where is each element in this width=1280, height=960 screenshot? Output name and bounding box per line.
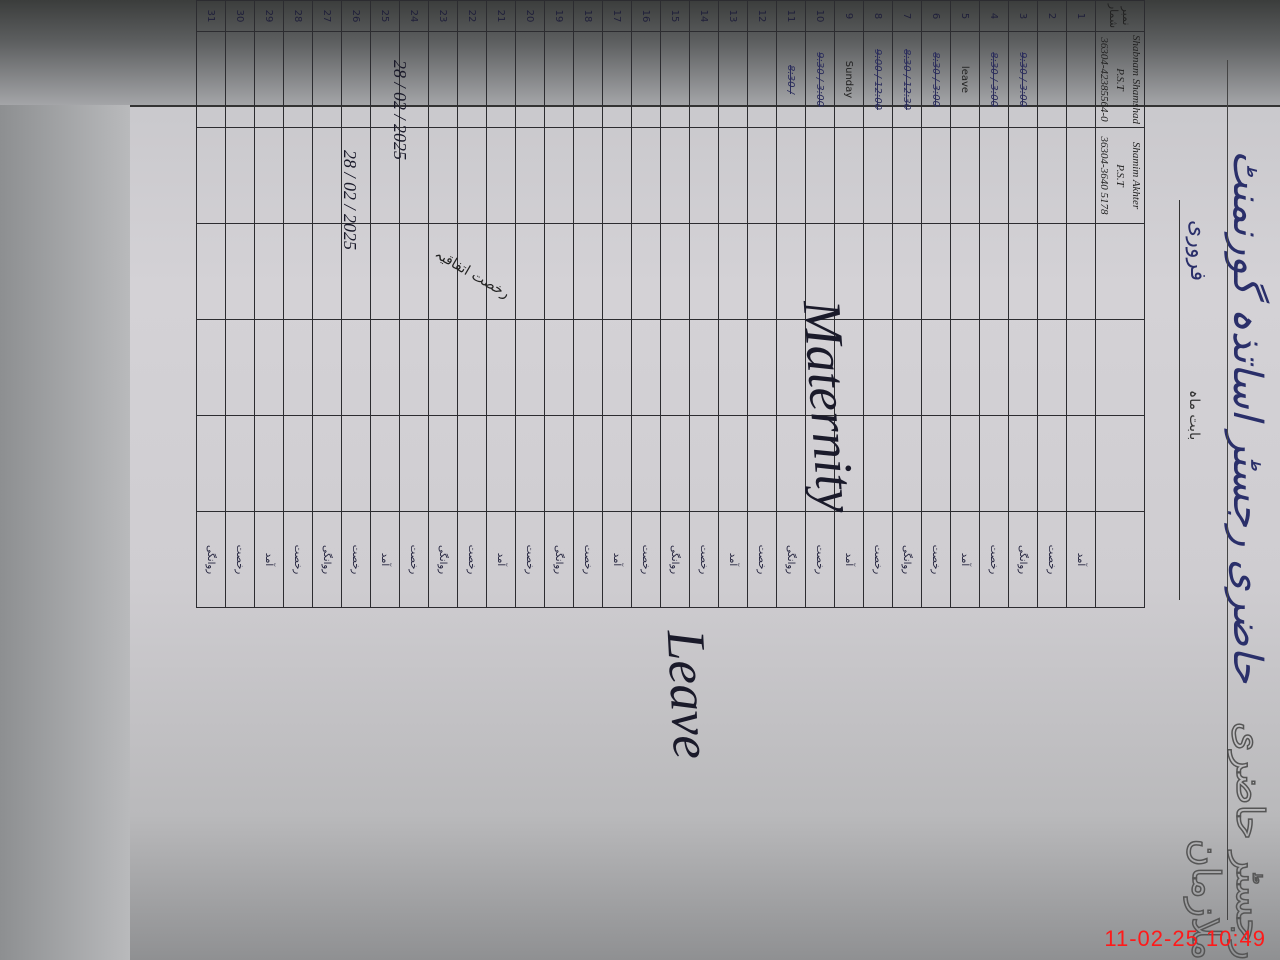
attendance-cell bbox=[864, 128, 893, 224]
attendance-cell bbox=[951, 224, 980, 320]
attendance-cell bbox=[458, 416, 487, 512]
attendance-cell bbox=[429, 128, 458, 224]
attendance-cell bbox=[197, 32, 226, 128]
attendance-cell bbox=[371, 416, 400, 512]
day-label: رخصت bbox=[574, 512, 603, 608]
table-row: 89:00 / 12:00رخصت bbox=[864, 1, 893, 608]
attendance-cell: Sunday bbox=[835, 32, 864, 128]
row-number: 10 bbox=[806, 1, 835, 32]
day-label: رخصت bbox=[400, 512, 429, 608]
attendance-cell bbox=[864, 224, 893, 320]
table-row: 5leaveآمد bbox=[951, 1, 980, 608]
day-label: آمد bbox=[719, 512, 748, 608]
attendance-cell bbox=[255, 128, 284, 224]
attendance-mark: 9:30 / 3:00 bbox=[815, 52, 826, 107]
employee-designation: P.S.T bbox=[1112, 128, 1128, 223]
attendance-cell bbox=[893, 224, 922, 320]
attendance-cell: 9:30 / 3:00 bbox=[1009, 32, 1038, 128]
table-row: 14رخصت bbox=[690, 1, 719, 608]
table-row: 16رخصت bbox=[632, 1, 661, 608]
attendance-cell bbox=[632, 128, 661, 224]
table-row: 12رخصت bbox=[748, 1, 777, 608]
row-number: 14 bbox=[690, 1, 719, 32]
attendance-cell bbox=[748, 32, 777, 128]
attendance-cell bbox=[690, 128, 719, 224]
attendance-cell bbox=[545, 128, 574, 224]
day-label: روانگی bbox=[313, 512, 342, 608]
attendance-cell bbox=[748, 128, 777, 224]
row-number: 11 bbox=[777, 1, 806, 32]
attendance-cell bbox=[603, 416, 632, 512]
row-number: 29 bbox=[255, 1, 284, 32]
day-label: رخصت bbox=[342, 512, 371, 608]
grid-header-row: نمبر شمار Shabnam Shamshad P.S.T 36304-4… bbox=[1096, 1, 1145, 608]
employee-header-empty bbox=[1096, 416, 1145, 512]
attendance-cell bbox=[1067, 320, 1096, 416]
camera-timestamp: 11-02-25 10:49 bbox=[1104, 926, 1266, 952]
attendance-cell bbox=[777, 128, 806, 224]
attendance-cell bbox=[487, 416, 516, 512]
attendance-cell bbox=[603, 32, 632, 128]
attendance-cell bbox=[313, 32, 342, 128]
day-label: رخصت bbox=[226, 512, 255, 608]
attendance-cell bbox=[1067, 128, 1096, 224]
attendance-cell bbox=[574, 128, 603, 224]
attendance-cell bbox=[864, 320, 893, 416]
attendance-cell bbox=[1009, 320, 1038, 416]
attendance-cell: 9:00 / 12:00 bbox=[864, 32, 893, 128]
day-label: آمد bbox=[603, 512, 632, 608]
attendance-cell bbox=[545, 416, 574, 512]
attendance-cell bbox=[748, 416, 777, 512]
attendance-cell bbox=[255, 32, 284, 128]
attendance-mark: 8:30 / 3:00 bbox=[989, 52, 1000, 107]
attendance-cell bbox=[458, 128, 487, 224]
employee-cnic: 36304-3640 5178 bbox=[1096, 128, 1112, 223]
attendance-mark: 9:00 / 12:00 bbox=[873, 49, 884, 110]
attendance-cell bbox=[1067, 416, 1096, 512]
row-number: 3 bbox=[1009, 1, 1038, 32]
attendance-cell bbox=[284, 128, 313, 224]
register-header: رجسٹر حاضری ملازمان حاضری رجسٹر اساتذہ گ… bbox=[1160, 0, 1280, 960]
leave-text: Leave bbox=[655, 628, 724, 760]
attendance-mark: 8:30 / bbox=[786, 65, 797, 94]
attendance-cell bbox=[1067, 32, 1096, 128]
attendance-cell bbox=[603, 224, 632, 320]
attendance-cell bbox=[284, 224, 313, 320]
row-number: 5 bbox=[951, 1, 980, 32]
month-label: بابت ماہ bbox=[1186, 390, 1202, 440]
attendance-cell bbox=[951, 416, 980, 512]
attendance-cell bbox=[632, 32, 661, 128]
attendance-cell bbox=[690, 320, 719, 416]
row-number: 21 bbox=[487, 1, 516, 32]
day-label: روانگی bbox=[545, 512, 574, 608]
employee-name: Shabnam Shamshad bbox=[1128, 32, 1144, 127]
attendance-cell bbox=[313, 224, 342, 320]
day-label: رخصت bbox=[458, 512, 487, 608]
row-number: 23 bbox=[429, 1, 458, 32]
table-row: 39:30 / 3:00روانگی bbox=[1009, 1, 1038, 608]
row-number: 31 bbox=[197, 1, 226, 32]
attendance-cell bbox=[1038, 32, 1067, 128]
table-row: 22رخصت bbox=[458, 1, 487, 608]
attendance-mark: leave bbox=[960, 66, 971, 93]
day-label: آمد bbox=[487, 512, 516, 608]
attendance-cell bbox=[603, 320, 632, 416]
employee-name: Shamim Akhter bbox=[1128, 128, 1144, 223]
header-rule bbox=[1227, 60, 1228, 920]
day-label: آمد bbox=[951, 512, 980, 608]
attendance-cell bbox=[661, 416, 690, 512]
attendance-cell bbox=[255, 224, 284, 320]
attendance-cell bbox=[487, 224, 516, 320]
attendance-cell bbox=[226, 32, 255, 128]
row-number: 12 bbox=[748, 1, 777, 32]
row-number: 20 bbox=[516, 1, 545, 32]
attendance-cell bbox=[342, 416, 371, 512]
attendance-cell bbox=[1038, 128, 1067, 224]
attendance-cell bbox=[748, 224, 777, 320]
attendance-cell bbox=[516, 320, 545, 416]
attendance-cell bbox=[197, 416, 226, 512]
attendance-cell bbox=[516, 128, 545, 224]
sign-off-date-1: 28 / 02 / 2025 bbox=[389, 60, 410, 160]
table-row: 1آمد bbox=[1067, 1, 1096, 608]
attendance-cell bbox=[661, 32, 690, 128]
attendance-cell bbox=[980, 224, 1009, 320]
row-number: 9 bbox=[835, 1, 864, 32]
day-label: رخصت bbox=[806, 512, 835, 608]
table-row: 17آمد bbox=[603, 1, 632, 608]
attendance-cell bbox=[922, 416, 951, 512]
table-row: 28رخصت bbox=[284, 1, 313, 608]
attendance-cell bbox=[516, 416, 545, 512]
attendance-cell: 8:30 / 12:30 bbox=[893, 32, 922, 128]
attendance-cell bbox=[226, 320, 255, 416]
attendance-cell bbox=[197, 320, 226, 416]
month-value: فروری bbox=[1185, 220, 1210, 281]
attendance-cell bbox=[719, 416, 748, 512]
attendance-cell bbox=[980, 128, 1009, 224]
day-label: روانگی bbox=[1009, 512, 1038, 608]
attendance-cell bbox=[893, 128, 922, 224]
register-photo: رجسٹر حاضری ملازمان حاضری رجسٹر اساتذہ گ… bbox=[0, 0, 1280, 960]
attendance-register-page: رجسٹر حاضری ملازمان حاضری رجسٹر اساتذہ گ… bbox=[120, 0, 1280, 960]
day-label: رخصت bbox=[748, 512, 777, 608]
row-number: 4 bbox=[980, 1, 1009, 32]
attendance-cell bbox=[719, 224, 748, 320]
attendance-grid: نمبر شمار Shabnam Shamshad P.S.T 36304-4… bbox=[196, 0, 1145, 608]
table-row: 48:30 / 3:00رخصت bbox=[980, 1, 1009, 608]
attendance-cell bbox=[661, 128, 690, 224]
table-row: 18رخصت bbox=[574, 1, 603, 608]
attendance-cell bbox=[545, 224, 574, 320]
attendance-cell bbox=[371, 224, 400, 320]
attendance-cell bbox=[400, 416, 429, 512]
attendance-cell bbox=[458, 32, 487, 128]
attendance-mark: 9:30 / 3:00 bbox=[1018, 52, 1029, 107]
attendance-cell bbox=[835, 128, 864, 224]
attendance-cell bbox=[429, 416, 458, 512]
attendance-cell bbox=[1038, 416, 1067, 512]
row-number: 17 bbox=[603, 1, 632, 32]
attendance-mark: Sunday bbox=[844, 61, 855, 98]
attendance-cell bbox=[400, 224, 429, 320]
day-label: روانگی bbox=[661, 512, 690, 608]
row-number: 13 bbox=[719, 1, 748, 32]
table-row: 26رخصت bbox=[342, 1, 371, 608]
attendance-cell bbox=[632, 224, 661, 320]
attendance-cell: leave bbox=[951, 32, 980, 128]
attendance-cell bbox=[545, 320, 574, 416]
table-row: 21آمد bbox=[487, 1, 516, 608]
row-number: 22 bbox=[458, 1, 487, 32]
day-label: رخصت bbox=[516, 512, 545, 608]
row-number: 19 bbox=[545, 1, 574, 32]
attendance-cell bbox=[922, 224, 951, 320]
sign-off-date-2: 28 / 02 / 2025 bbox=[339, 150, 360, 250]
row-number: 7 bbox=[893, 1, 922, 32]
attendance-cell bbox=[661, 320, 690, 416]
table-row: 13آمد bbox=[719, 1, 748, 608]
employee-header-1: Shabnam Shamshad P.S.T 36304-42385564-0 bbox=[1096, 32, 1145, 128]
register-title-outline: رجسٹر حاضری ملازمان bbox=[1184, 640, 1272, 960]
attendance-cell: 9:30 / 3:00 bbox=[806, 32, 835, 128]
employee-header-2: Shamim Akhter P.S.T 36304-3640 5178 bbox=[1096, 128, 1145, 224]
day-label: روانگی bbox=[777, 512, 806, 608]
table-row: 78:30 / 12:30روانگی bbox=[893, 1, 922, 608]
row-number: 1 bbox=[1067, 1, 1096, 32]
attendance-cell bbox=[632, 416, 661, 512]
left-page-strip bbox=[0, 105, 130, 960]
attendance-cell: 8:30 / bbox=[777, 32, 806, 128]
attendance-cell bbox=[313, 128, 342, 224]
register-title: حاضری رجسٹر اساتذہ گورنمنٹ bbox=[1224, 150, 1270, 683]
attendance-cell bbox=[516, 224, 545, 320]
attendance-cell bbox=[487, 320, 516, 416]
attendance-cell bbox=[893, 320, 922, 416]
attendance-cell bbox=[197, 128, 226, 224]
attendance-cell bbox=[197, 224, 226, 320]
row-number: 8 bbox=[864, 1, 893, 32]
day-label: رخصت bbox=[1038, 512, 1067, 608]
attendance-cell bbox=[574, 32, 603, 128]
attendance-cell bbox=[487, 128, 516, 224]
attendance-cell bbox=[603, 128, 632, 224]
attendance-cell bbox=[980, 416, 1009, 512]
attendance-cell bbox=[1009, 128, 1038, 224]
day-label: رخصت bbox=[690, 512, 719, 608]
attendance-cell bbox=[690, 224, 719, 320]
row-number: 26 bbox=[342, 1, 371, 32]
day-label: رخصت bbox=[980, 512, 1009, 608]
attendance-cell bbox=[951, 128, 980, 224]
attendance-cell bbox=[458, 320, 487, 416]
day-label: رخصت bbox=[284, 512, 313, 608]
attendance-cell bbox=[226, 128, 255, 224]
employee-header-empty bbox=[1096, 224, 1145, 320]
attendance-cell bbox=[922, 128, 951, 224]
attendance-cell bbox=[1009, 224, 1038, 320]
attendance-cell bbox=[313, 320, 342, 416]
day-label: آمد bbox=[371, 512, 400, 608]
header-number-label: نمبر شمار bbox=[1096, 1, 1145, 32]
attendance-cell bbox=[284, 416, 313, 512]
attendance-cell bbox=[371, 320, 400, 416]
grid-body: 1آمد2رخصت39:30 / 3:00روانگی48:30 / 3:00ر… bbox=[197, 1, 1096, 608]
row-number: 30 bbox=[226, 1, 255, 32]
attendance-cell bbox=[719, 128, 748, 224]
day-label: آمد bbox=[835, 512, 864, 608]
day-label: رخصت bbox=[864, 512, 893, 608]
row-number: 16 bbox=[632, 1, 661, 32]
attendance-cell bbox=[632, 320, 661, 416]
day-label: رخصت bbox=[922, 512, 951, 608]
row-number: 27 bbox=[313, 1, 342, 32]
attendance-cell bbox=[1009, 416, 1038, 512]
day-label: آمد bbox=[255, 512, 284, 608]
attendance-cell bbox=[342, 320, 371, 416]
attendance-cell: 8:30 / 3:00 bbox=[922, 32, 951, 128]
row-number: 28 bbox=[284, 1, 313, 32]
attendance-cell bbox=[400, 320, 429, 416]
table-row: 68:30 / 3:00رخصت bbox=[922, 1, 951, 608]
attendance-mark: 8:30 / 3:00 bbox=[931, 52, 942, 107]
attendance-cell bbox=[284, 32, 313, 128]
table-row: 23روانگی bbox=[429, 1, 458, 608]
attendance-cell bbox=[255, 416, 284, 512]
day-label: آمد bbox=[1067, 512, 1096, 608]
attendance-cell bbox=[342, 32, 371, 128]
row-number: 24 bbox=[400, 1, 429, 32]
attendance-cell bbox=[429, 32, 458, 128]
attendance-cell bbox=[806, 128, 835, 224]
employee-designation: P.S.T bbox=[1112, 32, 1128, 127]
row-number: 25 bbox=[371, 1, 400, 32]
attendance-cell bbox=[690, 416, 719, 512]
attendance-cell bbox=[1067, 224, 1096, 320]
attendance-cell bbox=[661, 224, 690, 320]
day-label: روانگی bbox=[429, 512, 458, 608]
attendance-cell bbox=[487, 32, 516, 128]
attendance-cell bbox=[951, 320, 980, 416]
attendance-cell bbox=[516, 32, 545, 128]
row-number: 18 bbox=[574, 1, 603, 32]
table-row: 20رخصت bbox=[516, 1, 545, 608]
attendance-cell bbox=[574, 224, 603, 320]
row-number: 6 bbox=[922, 1, 951, 32]
attendance-cell bbox=[429, 320, 458, 416]
table-row: 30رخصت bbox=[226, 1, 255, 608]
employee-header-empty bbox=[1096, 512, 1145, 608]
attendance-cell bbox=[719, 32, 748, 128]
attendance-cell bbox=[980, 320, 1009, 416]
row-number: 2 bbox=[1038, 1, 1067, 32]
attendance-cell bbox=[226, 416, 255, 512]
attendance-cell bbox=[748, 320, 777, 416]
attendance-cell bbox=[255, 320, 284, 416]
table-row: 2رخصت bbox=[1038, 1, 1067, 608]
attendance-cell bbox=[284, 320, 313, 416]
row-number: 15 bbox=[661, 1, 690, 32]
attendance-cell bbox=[226, 224, 255, 320]
attendance-cell bbox=[313, 416, 342, 512]
attendance-cell bbox=[574, 320, 603, 416]
attendance-cell bbox=[893, 416, 922, 512]
table-row: 31روانگی bbox=[197, 1, 226, 608]
attendance-cell bbox=[922, 320, 951, 416]
attendance-cell bbox=[864, 416, 893, 512]
month-underline bbox=[1179, 200, 1180, 600]
attendance-cell: 8:30 / 3:00 bbox=[980, 32, 1009, 128]
day-label: روانگی bbox=[197, 512, 226, 608]
table-row: 15روانگی bbox=[661, 1, 690, 608]
employee-cnic: 36304-42385564-0 bbox=[1096, 32, 1112, 127]
attendance-cell bbox=[719, 320, 748, 416]
attendance-cell bbox=[574, 416, 603, 512]
table-row: 27روانگی bbox=[313, 1, 342, 608]
table-row: 29آمد bbox=[255, 1, 284, 608]
attendance-mark: 8:30 / 12:30 bbox=[902, 49, 913, 110]
attendance-cell bbox=[545, 32, 574, 128]
attendance-cell bbox=[690, 32, 719, 128]
table-row: 19روانگی bbox=[545, 1, 574, 608]
attendance-cell bbox=[1038, 320, 1067, 416]
day-label: رخصت bbox=[632, 512, 661, 608]
employee-header-empty bbox=[1096, 320, 1145, 416]
attendance-cell bbox=[1038, 224, 1067, 320]
day-label: روانگی bbox=[893, 512, 922, 608]
